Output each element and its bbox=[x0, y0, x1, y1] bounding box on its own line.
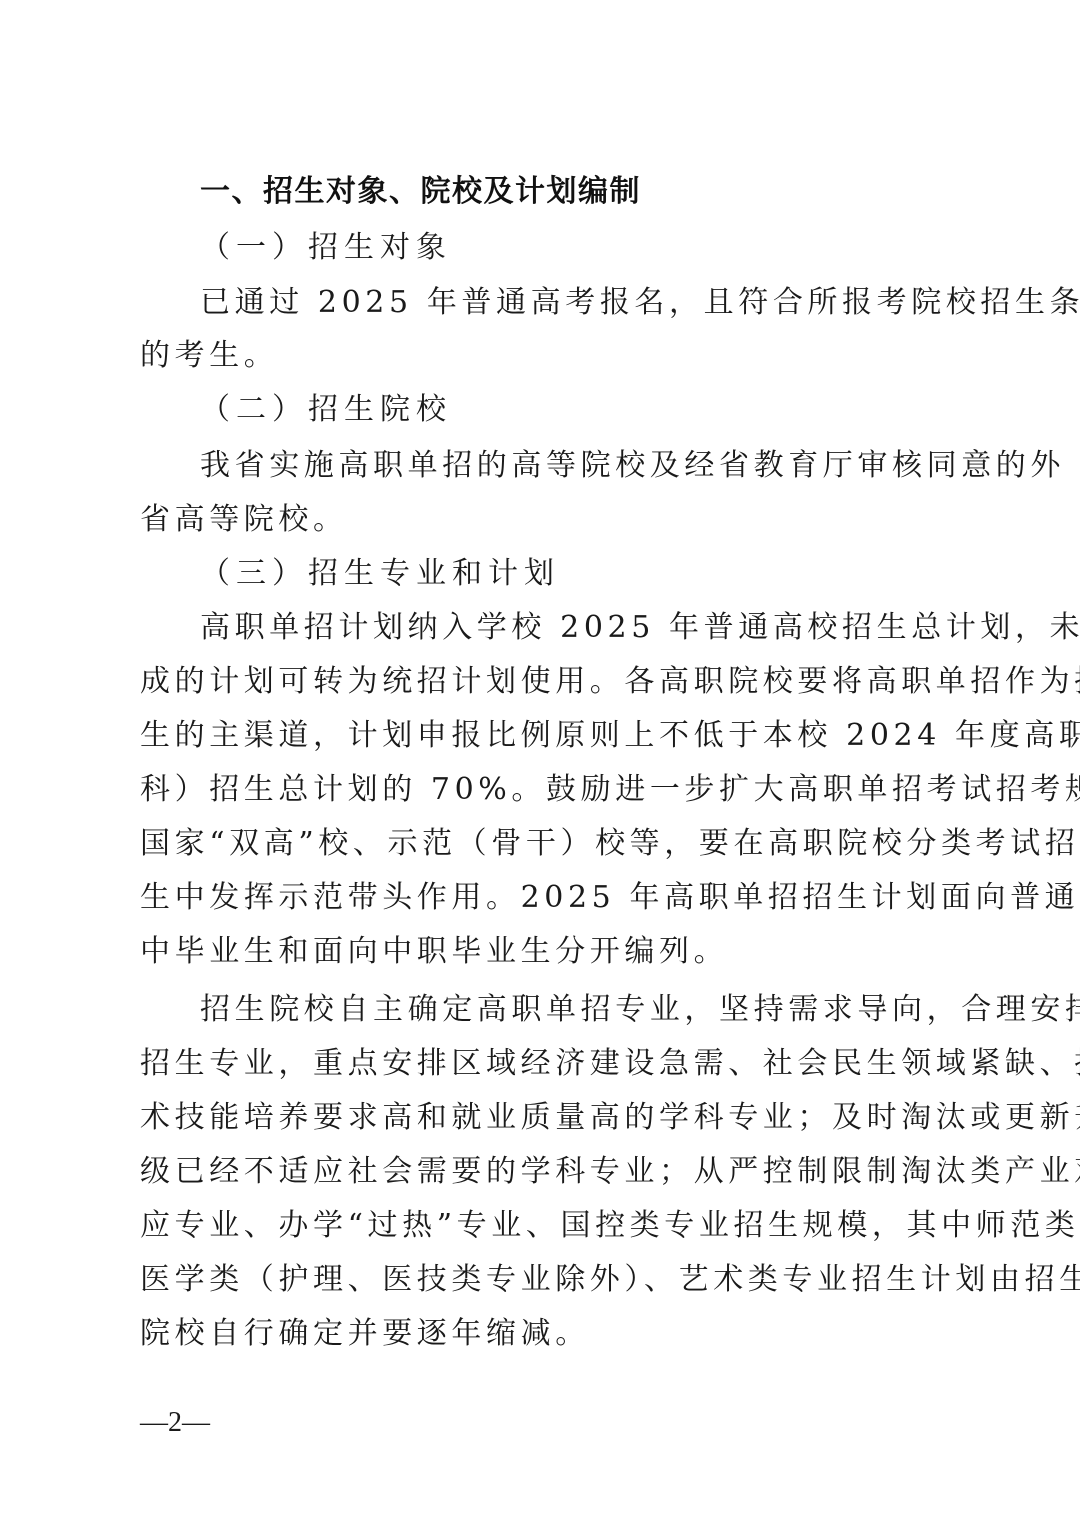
paragraph-line: 科）招生总计划的 70%。鼓励进一步扩大高职单招考试招考规模， bbox=[140, 770, 940, 810]
paragraph-line: 中毕业生和面向中职毕业生分开编列。 bbox=[140, 932, 940, 972]
page-number: —2— bbox=[140, 1405, 210, 1441]
paragraph-line: 成的计划可转为统招计划使用。各高职院校要将高职单招作为招 bbox=[140, 662, 940, 702]
paragraph-line: 已通过 2025 年普通高考报名，且符合所报考院校招生条件 bbox=[200, 283, 940, 323]
section-heading: 一、招生对象、院校及计划编制 bbox=[200, 172, 940, 212]
paragraph-line: 省高等院校。 bbox=[140, 500, 940, 540]
paragraph-line: 高职单招计划纳入学校 2025 年普通高校招生总计划，未完 bbox=[200, 608, 940, 648]
paragraph-line: 医学类（护理、医技类专业除外）、艺术类专业招生计划由招生 bbox=[140, 1260, 940, 1300]
paragraph-line: 的考生。 bbox=[140, 336, 940, 376]
paragraph-line: 招生专业，重点安排区域经济建设急需、社会民生领域紧缺、技 bbox=[140, 1044, 940, 1084]
paragraph-line: 招生院校自主确定高职单招专业，坚持需求导向，合理安排 bbox=[200, 990, 940, 1030]
paragraph-line: 生中发挥示范带头作用。2025 年高职单招招生计划面向普通高 bbox=[140, 878, 940, 918]
subsection-heading-1: （一）招生对象 bbox=[200, 228, 940, 268]
subsection-heading-3: （三）招生专业和计划 bbox=[200, 554, 940, 594]
subsection-heading-2: （二）招生院校 bbox=[200, 390, 940, 430]
paragraph-line: 应专业、办学“过热”专业、国控类专业招生规模，其中师范类、 bbox=[140, 1206, 940, 1246]
paragraph-line: 我省实施高职单招的高等院校及经省教育厅审核同意的外 bbox=[200, 446, 940, 486]
paragraph-line: 级已经不适应社会需要的学科专业；从严控制限制淘汰类产业对 bbox=[140, 1152, 940, 1192]
document-page: 一、招生对象、院校及计划编制 （一）招生对象 已通过 2025 年普通高考报名，… bbox=[0, 0, 1080, 1528]
paragraph-line: 院校自行确定并要逐年缩减。 bbox=[140, 1314, 940, 1354]
paragraph-line: 国家“双高”校、示范（骨干）校等，要在高职院校分类考试招 bbox=[140, 824, 940, 864]
paragraph-line: 术技能培养要求高和就业质量高的学科专业；及时淘汰或更新升 bbox=[140, 1098, 940, 1138]
paragraph-line: 生的主渠道，计划申报比例原则上不低于本校 2024 年度高职（专 bbox=[140, 716, 940, 756]
